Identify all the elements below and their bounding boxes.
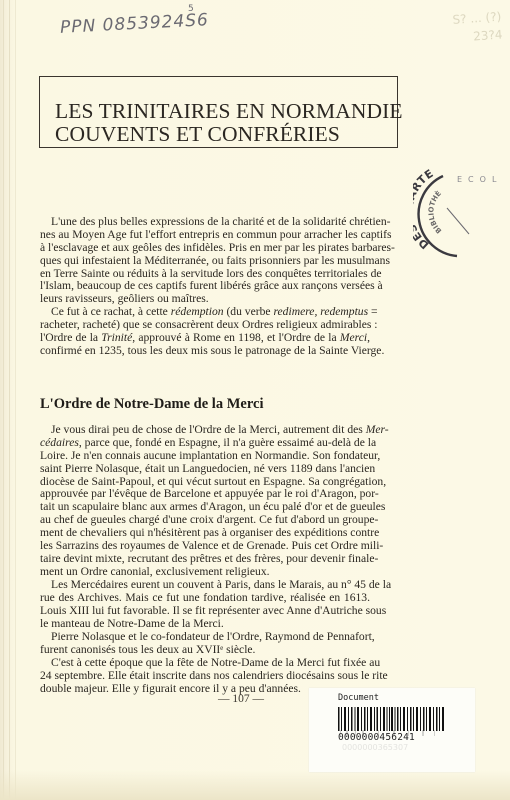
section-paragraph-2: Les Mercédaires eurent un couvent à Pari… [40, 579, 370, 631]
page-edge [15, 0, 16, 800]
barcode-number: 0000000456241 [338, 732, 415, 743]
text-line: les Sarrazins des royaumes de Valence et… [40, 540, 370, 553]
intro-paragraph-2: Ce fut à ce rachat, à cette rédemption (… [40, 306, 370, 358]
text-line: L'une des plus belles expressions de la … [40, 216, 370, 229]
svg-text:BIBLIOTHÈ: BIBLIOTHÈ [427, 189, 443, 235]
section-paragraph-1: Je vous dirai peu de chose de l'Ordre de… [40, 424, 370, 579]
stamp-middle-text: BIBLIOTHÈ [427, 189, 443, 235]
text-run: , approuvé à Rome en 1198, et l'Ordre de… [132, 331, 340, 344]
stamp-top-text: ECOL [457, 175, 502, 184]
text-line: furent canonisés tous les deux au XVIIᵉ … [40, 644, 370, 657]
text-run: (du verbe [224, 305, 274, 318]
text-line: Pierre Nolasque et le co-fondateur de l'… [40, 631, 370, 644]
text-run: Ce fut à ce rachat, à cette [51, 305, 171, 318]
text-line: le manteau de Notre-Dame de la Merci. [40, 618, 370, 631]
text-line: Louis XIII lui fut favorable. Il se fit … [40, 605, 370, 618]
text-line: nes au Moyen Age fut l'effort entrepris … [40, 229, 370, 242]
library-stamp-icon: DES CHARTE BIBLIOTHÈ ECOL [413, 168, 505, 260]
text-run: = [368, 305, 377, 318]
barcode-icon [338, 707, 446, 731]
title-box: LES TRINITAIRES EN NORMANDIE COUVENTS ET… [39, 76, 398, 148]
text-line: confirmé en 1235, tous les deux mis sous… [40, 345, 370, 358]
page-edge [9, 0, 10, 800]
barcode-ghost-number: 0000000365307 [342, 743, 408, 752]
text-line: saint Pierre Nolasque, était un Languedo… [40, 463, 370, 476]
text-run: l'Ordre de la [40, 331, 101, 344]
text-run: Je vous dirai peu de chose de l'Ordre de… [51, 423, 366, 436]
intro-paragraph-1: L'une des plus belles expressions de la … [40, 216, 370, 306]
text-line: taire devint mixte, recrutant des prêtre… [40, 553, 370, 566]
barcode-title: Document [338, 693, 379, 703]
text-line: Ce fut à ce rachat, à cette rédemption (… [40, 306, 370, 319]
page-number: — 107 — [218, 693, 264, 705]
text-run: , [367, 331, 370, 344]
italic-term: cédaires [40, 436, 79, 449]
title-line-1: LES TRINITAIRES EN NORMANDIE [55, 100, 397, 123]
text-line: 24 septembre. Elle était inscrite dans n… [40, 670, 370, 683]
text-line: l'Ordre de la Trinité, approuvé à Rome e… [40, 332, 370, 345]
italic-term: Mer- [366, 423, 389, 436]
page-bottom-shadow [0, 770, 510, 800]
italic-term: redimere, redemptus [273, 305, 368, 318]
text-line: C'est à cette époque que la fête de Notr… [40, 657, 370, 670]
text-line: ment un Ordre canonial, exclusivement re… [40, 566, 370, 579]
text-line: cédaires, parce que, fondé en Espagne, i… [40, 437, 370, 450]
title-line-2: COUVENTS ET CONFRÉRIES [55, 123, 397, 146]
text-line: Loire. Je n'en connais aucune implantati… [40, 450, 370, 463]
section-paragraph-3: Pierre Nolasque et le co-fondateur de l'… [40, 631, 370, 657]
text-line: Les Mercédaires eurent un couvent à Pari… [40, 579, 370, 592]
text-line: à l'esclavage et aux geôles des infidèle… [40, 242, 370, 255]
barcode-label: Document 000 [309, 688, 475, 772]
text-line: ques qui infestaient la Méditerranée, ou… [40, 255, 370, 268]
italic-term: rédemption [171, 305, 224, 318]
italic-term: Merci [340, 331, 367, 344]
text-line: rue des Archives. Mais ce fut une fondat… [40, 592, 370, 605]
section-heading: L'Ordre de Notre-Dame de la Merci [40, 396, 263, 413]
page-edge [3, 0, 4, 800]
text-run: , parce que, fondé en Espagne, il n'a gu… [79, 436, 376, 449]
italic-term: Trinité [101, 331, 132, 344]
